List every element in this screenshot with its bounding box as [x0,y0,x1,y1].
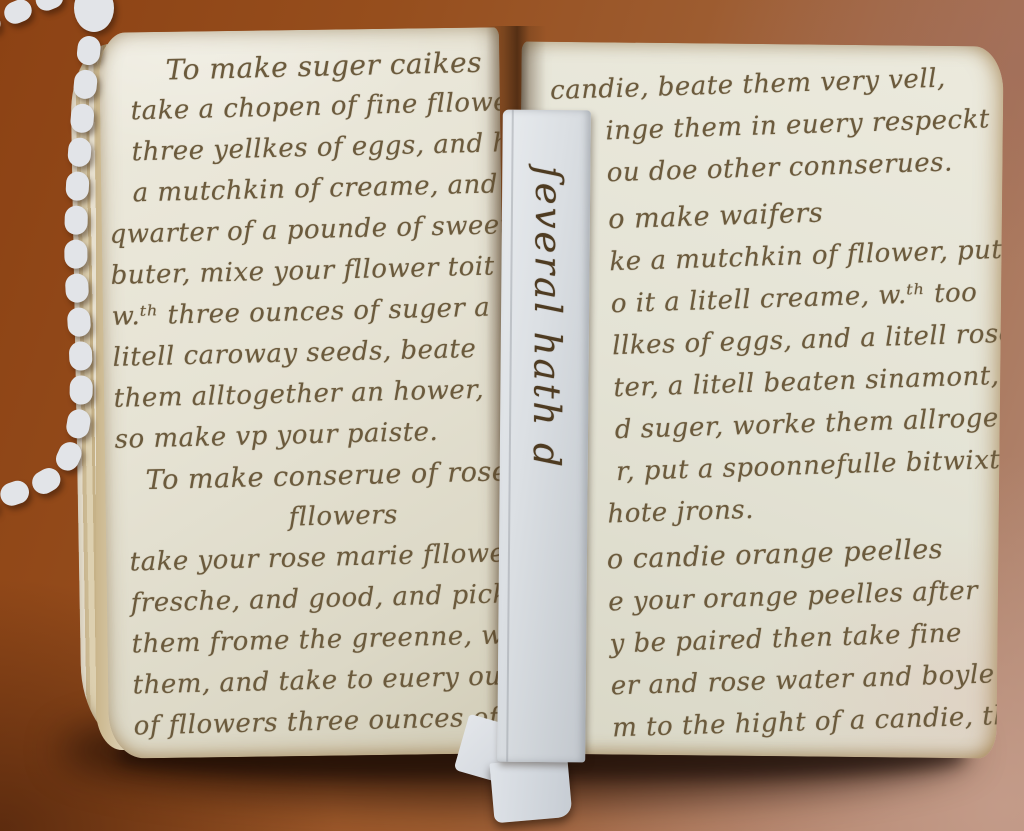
beaded-cord [0,0,184,582]
manuscript-photo-scene: To make suger caikes take a chopen of fi… [0,0,1024,831]
recipe-heading-continuation: fllowers [288,491,509,539]
left-page-text: To make suger caikes take a chopen of fi… [129,40,509,747]
bookmark-strip: ſeveral hath d [497,110,591,763]
right-page-text: candie, beate them very vell, inge them … [603,55,1003,749]
bookmark-strip-vertical-text: ſeveral hath d [525,166,571,470]
beaded-cord-main-strand [0,0,96,508]
bookmark-strip-end [490,757,573,824]
cord-knot [74,0,114,32]
